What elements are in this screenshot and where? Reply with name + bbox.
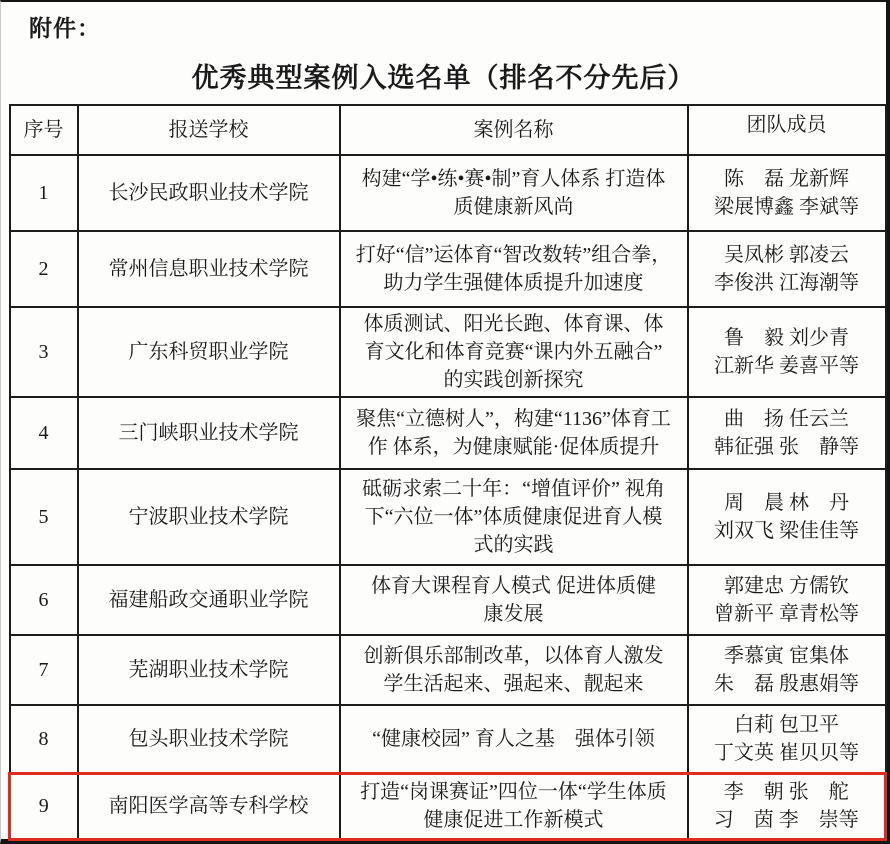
case-title: “健康校园” 育人之基 强体引领 bbox=[340, 705, 688, 773]
scanned-document-page: 附件： 优秀典型案例入选名单（排名不分先后） 序号 报送学校 案例名称 团队成员… bbox=[0, 0, 890, 844]
case-title: 打造“岗课赛证”四位一体“学生体质 健康促进工作新模式 bbox=[340, 773, 688, 839]
header-team: 团队成员 bbox=[688, 105, 886, 155]
team-members: 陈 磊 龙新辉 梁展博鑫 李斌等 bbox=[688, 155, 886, 231]
header-no: 序号 bbox=[10, 105, 78, 155]
school-name: 宁波职业技术学院 bbox=[78, 469, 340, 565]
row-number: 6 bbox=[10, 565, 78, 635]
team-members: 白莉 包卫平 丁文英 崔贝贝等 bbox=[688, 705, 886, 773]
row-number: 5 bbox=[10, 469, 78, 565]
row-number: 3 bbox=[10, 307, 78, 397]
table-row: 5 宁波职业技术学院 砥砺求索二十年：“增值评价” 视角 下“六位一体”体质健康… bbox=[10, 469, 886, 565]
case-title: 打好“信”运体育“智改数转”组合拳， 助力学生强健体质提升加速度 bbox=[340, 231, 688, 307]
school-name: 福建船政交通职业学院 bbox=[78, 565, 340, 635]
table-row: 2 常州信息职业技术学院 打好“信”运体育“智改数转”组合拳， 助力学生强健体质… bbox=[10, 231, 886, 307]
row-number: 9 bbox=[10, 773, 78, 839]
case-title: 创新俱乐部制改革，以体育人激发 学生活起来、强起来、靓起来 bbox=[340, 635, 688, 705]
row-number: 4 bbox=[10, 397, 78, 469]
school-name: 包头职业技术学院 bbox=[78, 705, 340, 773]
school-name: 三门峡职业技术学院 bbox=[78, 397, 340, 469]
team-members: 李 朝 张 舵 习 茵 李 崇等 bbox=[688, 773, 886, 839]
school-name: 长沙民政职业技术学院 bbox=[78, 155, 340, 231]
team-members: 周 晨 林 丹 刘双飞 梁佳佳等 bbox=[688, 469, 886, 565]
case-title: 体质测试、阳光长跑、体育课、体 育文化和体育竞赛“课内外五融合” 的实践创新探究 bbox=[340, 307, 688, 397]
row-number: 1 bbox=[10, 155, 78, 231]
selected-cases-table: 序号 报送学校 案例名称 团队成员 1 长沙民政职业技术学院 构建“学•练•赛•… bbox=[8, 104, 887, 841]
school-name: 南阳医学高等专科学校 bbox=[78, 773, 340, 839]
table-header-row: 序号 报送学校 案例名称 团队成员 bbox=[10, 105, 886, 155]
team-members: 鲁 毅 刘少青 江新华 姜喜平等 bbox=[688, 307, 886, 397]
table-row: 3 广东科贸职业学院 体质测试、阳光长跑、体育课、体 育文化和体育竞赛“课内外五… bbox=[10, 307, 886, 397]
page-title: 优秀典型案例入选名单（排名不分先后） bbox=[1, 56, 886, 96]
table-row-highlighted: 9 南阳医学高等专科学校 打造“岗课赛证”四位一体“学生体质 健康促进工作新模式… bbox=[10, 773, 886, 839]
table-row: 1 长沙民政职业技术学院 构建“学•练•赛•制”育人体系 打造体 质健康新风尚 … bbox=[10, 155, 886, 231]
table-row: 7 芜湖职业技术学院 创新俱乐部制改革，以体育人激发 学生活起来、强起来、靓起来… bbox=[10, 635, 886, 705]
team-members: 季慕寅 宦集体 朱 磊 殷惠娟等 bbox=[688, 635, 886, 705]
table-row: 6 福建船政交通职业学院 体育大课程育人模式 促进体质健 康发展 郭建忠 方儒钦… bbox=[10, 565, 886, 635]
header-case: 案例名称 bbox=[340, 105, 688, 155]
table-row: 4 三门峡职业技术学院 聚焦“立德树人”，构建“1136”体育工 作 体系，为健… bbox=[10, 397, 886, 469]
school-name: 广东科贸职业学院 bbox=[78, 307, 340, 397]
case-title: 聚焦“立德树人”，构建“1136”体育工 作 体系，为健康赋能·促体质提升 bbox=[340, 397, 688, 469]
team-members: 吴凤彬 郭凌云 李俊洪 江海潮等 bbox=[688, 231, 886, 307]
header-school: 报送学校 bbox=[78, 105, 340, 155]
row-number: 2 bbox=[10, 231, 78, 307]
case-title: 构建“学•练•赛•制”育人体系 打造体 质健康新风尚 bbox=[340, 155, 688, 231]
school-name: 常州信息职业技术学院 bbox=[78, 231, 340, 307]
attachment-label: 附件： bbox=[29, 10, 886, 44]
case-title: 体育大课程育人模式 促进体质健 康发展 bbox=[340, 565, 688, 635]
table-row: 8 包头职业技术学院 “健康校园” 育人之基 强体引领 白莉 包卫平 丁文英 崔… bbox=[10, 705, 886, 773]
row-number: 8 bbox=[10, 705, 78, 773]
school-name: 芜湖职业技术学院 bbox=[78, 635, 340, 705]
team-members: 曲 扬 任云兰 韩征强 张 静等 bbox=[688, 397, 886, 469]
team-members: 郭建忠 方儒钦 曾新平 章青松等 bbox=[688, 565, 886, 635]
row-number: 7 bbox=[10, 635, 78, 705]
case-title: 砥砺求索二十年：“增值评价” 视角 下“六位一体”体质健康促进育人模 式的实践 bbox=[340, 469, 688, 565]
